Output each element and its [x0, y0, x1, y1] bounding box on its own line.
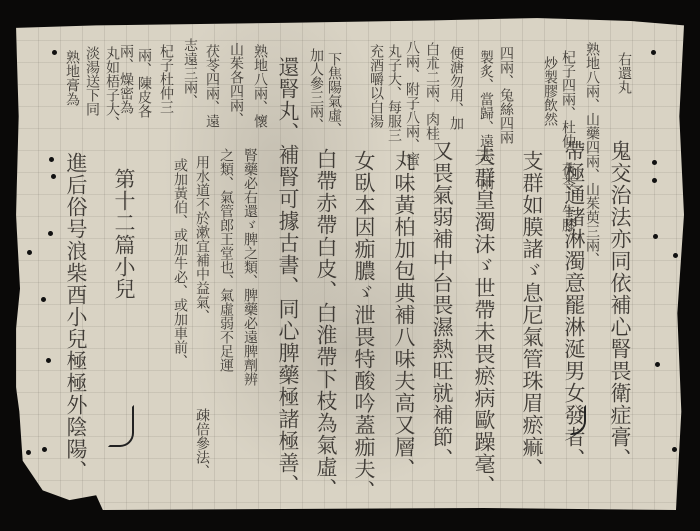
text-column: 進后俗号浪柴酉小兒極極外陰陽、 — [64, 152, 88, 482]
text-column-annotation: 茯苓四兩、遠 — [204, 44, 220, 128]
binding-hole — [49, 157, 54, 162]
text-column-annotation: 疎倍參法、 — [194, 408, 210, 478]
text-column: 夫群皇濁沫ゞ世帶未畏瘀病歐躁毫、 — [472, 145, 496, 497]
text-column-annotation: 熟地八兩、懷 — [252, 44, 268, 128]
text-column-annotation: 下焦陽氣虛、 — [326, 52, 342, 136]
text-column: 丸味黃柏加包典補八味夫高又層、 — [392, 150, 416, 480]
text-column: 又畏氣弱補中台畏濕熱旺就補節、 — [430, 140, 454, 470]
text-column-annotation: 丸子大、每服三 — [386, 44, 402, 142]
text-column-annotation: 兩、燥密為 — [118, 44, 134, 114]
column-heading-right-return-pill: 右還丸 — [616, 52, 632, 94]
binding-hole — [46, 358, 51, 363]
text-column-annotation: 杞子杜仲三 — [158, 44, 174, 114]
text-column-annotation: 杞子四兩、杜仲、茯苓、牛膝、 — [560, 50, 576, 246]
text-column-annotation: 丸如梧子大、 — [104, 46, 120, 130]
text-column: 女臥本因痂膿ゞ泄畏特酸吟蓋痂夫、 — [352, 150, 376, 502]
binding-hole — [653, 234, 658, 239]
binding-hole — [27, 250, 32, 255]
text-column-annotation: 山茱各四兩、 — [228, 42, 244, 126]
text-column: 還腎丸、補腎可據古書、同心脾藥極諸極善、 — [276, 56, 300, 496]
binding-hole — [42, 447, 47, 452]
text-column-annotation: 或加黃伯、或加牛必、或加車前、 — [172, 158, 188, 368]
text-column-annotation: 志遠三兩、 — [182, 38, 198, 108]
text-column-annotation: 熟地膏為 — [64, 50, 80, 106]
binding-hole — [652, 178, 657, 183]
chapter-heading-pediatrics: 第十二篇小兒 — [112, 168, 136, 300]
binding-hole — [651, 50, 656, 55]
text-column: 鬼交治法亦同依補心腎畏衛症膏、 — [608, 140, 632, 470]
text-column-annotation: 八兩、附子八兩、蜜 — [404, 40, 420, 166]
text-column-annotation: 腎藥必右還ゞ脾之類、脾藥必遠脾劑辨 — [242, 148, 258, 386]
text-column-annotation: 淡湯送下同 — [84, 46, 100, 116]
text-column: 支群如膜諸ゞ息尼氣管珠眉瘀痲、 — [520, 150, 544, 480]
text-column-annotation: 炒製膠飲然 — [542, 56, 558, 126]
binding-hole — [52, 50, 57, 55]
text-column-annotation: 之類、氣管郎王堂也、氣虛弱不足運 — [218, 148, 234, 372]
paper-crack — [108, 405, 134, 447]
text-column-annotation: 熟地八兩、山藥四兩、山茱萸三兩、 — [584, 42, 600, 266]
binding-hole — [41, 297, 46, 302]
binding-hole — [51, 174, 56, 179]
text-column-annotation: 便溏勿用、加 — [448, 46, 464, 130]
text-column-annotation: 白朮二兩、肉桂 — [424, 42, 440, 140]
binding-hole — [673, 253, 678, 258]
text-column: 白帶赤帶白皮、白淮帶下枝為氣虛、 — [314, 148, 338, 500]
binding-hole — [26, 450, 31, 455]
binding-hole — [652, 160, 657, 165]
text-column-annotation: 兩、陳皮各 — [136, 48, 152, 118]
text-column-annotation: 加人參三兩、 — [308, 48, 324, 132]
text-column-annotation: 用水道不於漱宜補中益氣、 — [194, 155, 210, 323]
binding-hole — [48, 231, 53, 236]
text-column-annotation: 充酒嚼以白湯 — [368, 44, 384, 128]
binding-hole — [655, 362, 660, 367]
text-column-annotation: 四兩、兔絲四兩 — [498, 46, 514, 144]
binding-hole — [672, 447, 677, 452]
